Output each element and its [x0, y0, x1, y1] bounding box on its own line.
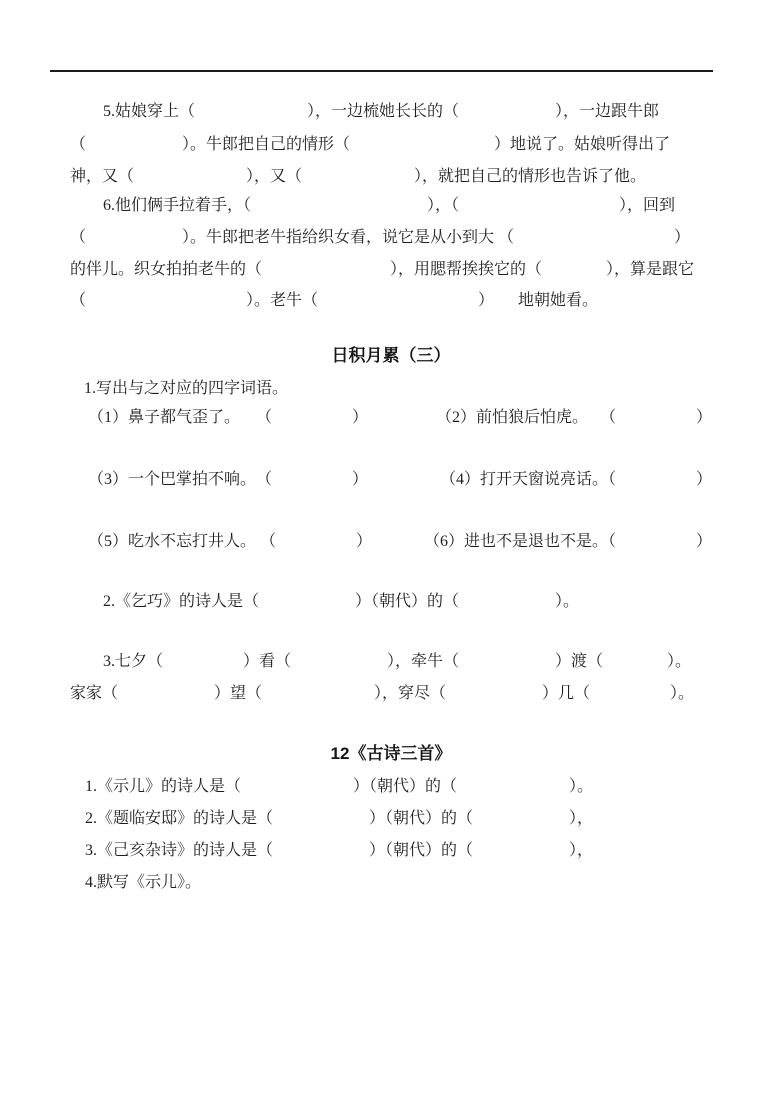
fill-blank-line-6a: 6.他们俩手拉着手，（ ），（ ），回到 [70, 196, 712, 216]
word-pair-row-2: （3）一个巴掌拍不响。 （ ） （4）打开天窗说亮话。（ ） [70, 470, 712, 490]
section-title-riji: 日积月累（三） [70, 346, 712, 366]
pair-item-6: （6）进也不是退也不是。（ ） [424, 532, 712, 552]
fill-blank-line-shier: 1.《示儿》的诗人是（ ）（朝代）的（ ）。 [70, 777, 712, 797]
worksheet-page: 5.姑娘穿上（ ），一边梳她长长的（ ），一边跟牛郎 （ ）。牛郎把自己的情形（… [0, 0, 780, 1105]
word-pair-row-1: （1）鼻子都气歪了。 （ ） （2）前怕狼后怕虎。 （ ） [70, 408, 712, 428]
pair-item-5: （5）吃水不忘打井人。 （ ） [88, 532, 372, 552]
dictation-prompt-line: 4.默写《示儿》。 [70, 873, 712, 893]
fill-blank-line-6b: （ ）。牛郎把老牛指给织女看，说它是从小到大 （ ） [70, 228, 712, 248]
pair-item-2: （2）前怕狼后怕虎。 （ ） [436, 408, 712, 428]
word-pair-row-3: （5）吃水不忘打井人。 （ ） （6）进也不是退也不是。（ ） [70, 532, 712, 552]
section-title-gushi: 12《古诗三首》 [70, 744, 712, 764]
pair-item-1: （1）鼻子都气歪了。 （ ） [88, 408, 368, 428]
fill-blank-line-5a: 5.姑娘穿上（ ），一边梳她长长的（ ），一边跟牛郎 [70, 102, 712, 122]
fill-blank-line-tilinandi: 2.《题临安邸》的诗人是（ ）（朝代）的（ ）， [70, 809, 712, 829]
pair-item-3: （3）一个巴掌拍不响。 （ ） [88, 470, 368, 490]
fill-blank-line-qiqiao: 2.《乞巧》的诗人是（ ）（朝代）的（ ）。 [70, 592, 712, 612]
header-rule [50, 70, 713, 72]
fill-blank-line-6d: （ ）。老牛（ ） 地朝她看。 [70, 291, 712, 311]
fill-blank-line-5b: （ ）。牛郎把自己的情形（ ）地说了。姑娘听得出了 [70, 135, 712, 155]
instruction-line: 1.写出与之对应的四字词语。 [70, 379, 712, 399]
fill-blank-line-jihai: 3.《己亥杂诗》的诗人是（ ）（朝代）的（ ）， [70, 841, 712, 861]
pair-item-4: （4）打开天窗说亮话。（ ） [440, 470, 712, 490]
fill-blank-line-qixi-a: 3.七夕（ ）看（ ），牵牛（ ）渡（ ）。 [70, 652, 712, 672]
fill-blank-line-5c: 神，又（ ），又（ ），就把自己的情形也告诉了他。 [70, 167, 712, 187]
fill-blank-line-6c: 的伴儿。织女拍拍老牛的（ ），用腮帮挨挨它的（ ），算是跟它 [70, 260, 712, 280]
fill-blank-line-qixi-b: 家家（ ）望（ ），穿尽（ ）几（ ）。 [70, 684, 712, 704]
